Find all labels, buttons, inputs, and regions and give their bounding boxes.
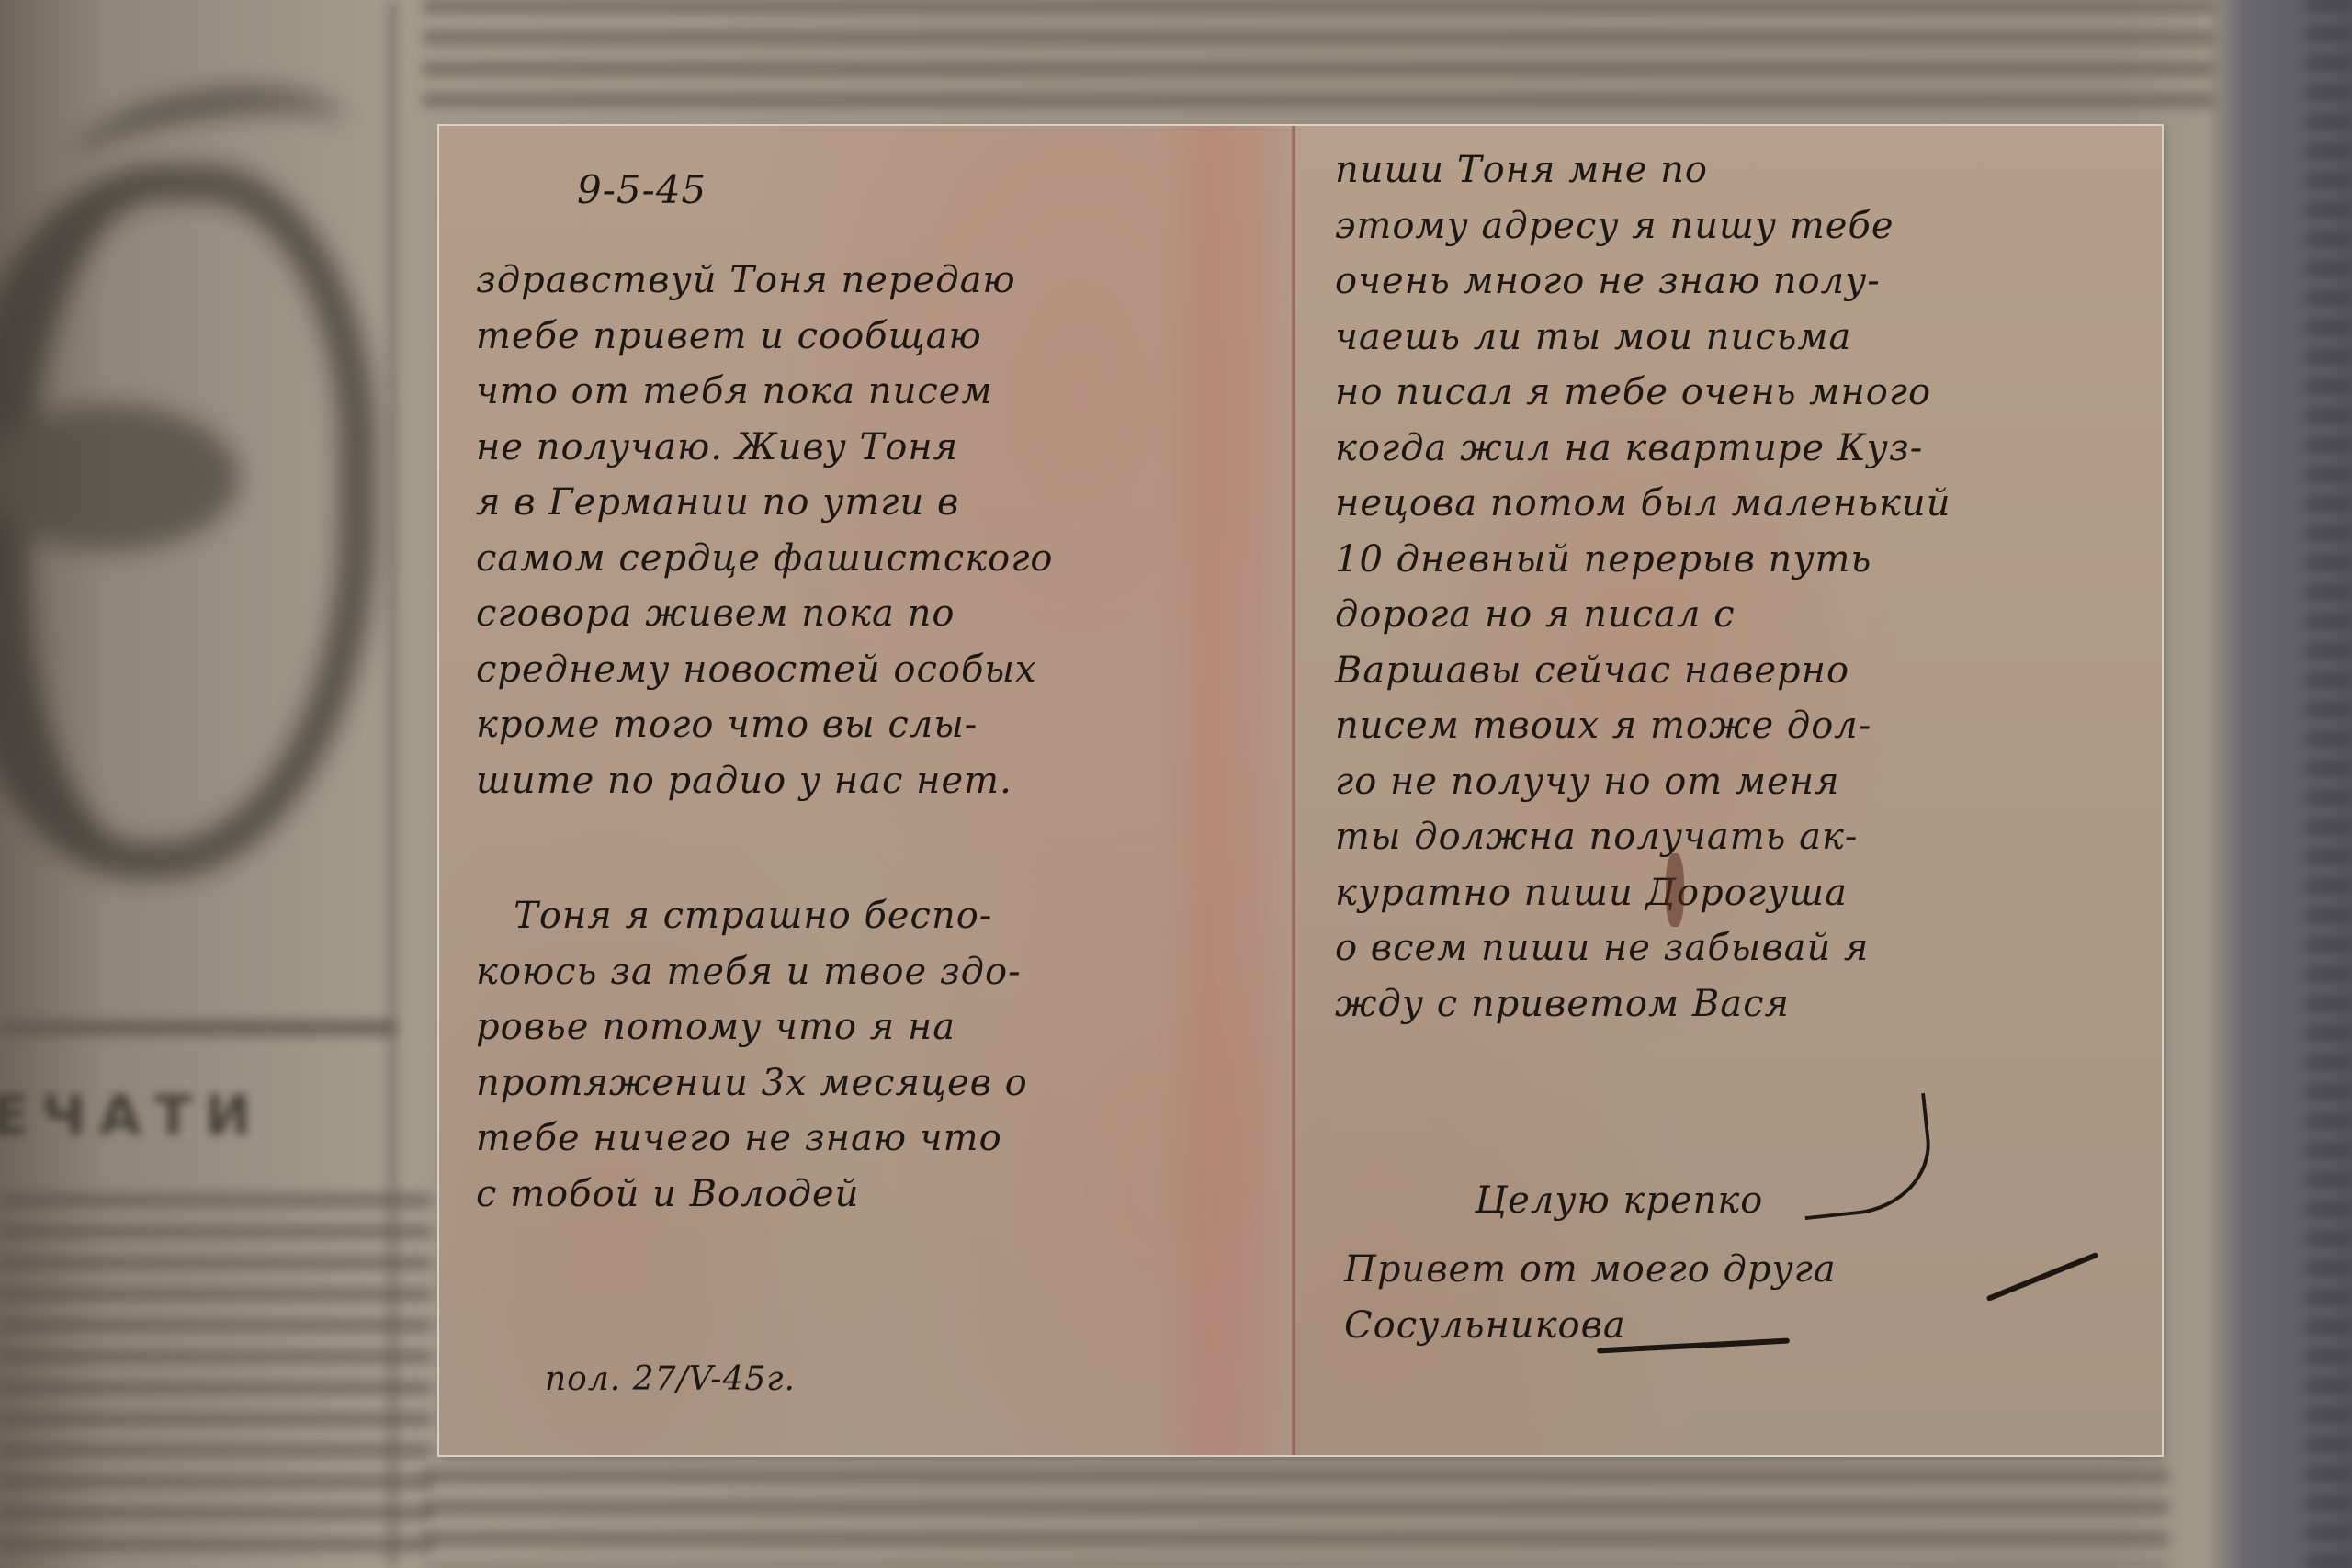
letter-paragraph-1: здравствуй Тоня передаютебе привет и соо…: [476, 253, 1054, 808]
handwritten-line: ровье потому что я на: [476, 999, 1028, 1055]
letter-body-right: пиши Тоня мне поэтому адресу я пишу тебе…: [1335, 142, 1951, 1032]
letter-paragraph-2: Тоня я страшно беспо-коюсь за тебя и тво…: [476, 888, 1028, 1222]
newspaper-rule: [0, 1020, 395, 1036]
handwritten-line: шите по радио у нас нет.: [476, 753, 1054, 809]
handwritten-line: протяжении 3х месяцев о: [476, 1055, 1028, 1111]
handwritten-line: куратно пиши Дорогуша: [1335, 865, 1951, 921]
handwritten-line: ты должна получать ак-: [1335, 809, 1951, 865]
handwritten-line: тебе ничего не знаю что: [476, 1111, 1028, 1167]
newspaper-heading: ЕЧАТИ: [0, 1084, 264, 1148]
blurred-illustration: [0, 55, 404, 900]
received-note: пол. 27/V-45г.: [545, 1352, 796, 1407]
handwritten-line: жду с приветом Вася: [1335, 976, 1951, 1032]
handwritten-line: Варшавы сейчас наверно: [1335, 643, 1951, 699]
handwritten-line: тебе привет и сообщаю: [476, 309, 1054, 365]
blurred-newspaper-text-left: [0, 1194, 432, 1568]
blurred-newspaper-text-top: [423, 0, 2214, 119]
letter-page-left: 9-5-45 здравствуй Тоня передаютебе приве…: [439, 126, 1294, 1455]
handwritten-line: кроме того что вы слы-: [476, 697, 1054, 753]
handwritten-line: Привет от моего друга: [1344, 1242, 1837, 1298]
handwritten-line: среднему новостей особых: [476, 642, 1054, 698]
handwritten-line: я в Германии по утги в: [476, 475, 1054, 531]
closing-text: Целую крепко: [1475, 1179, 1763, 1222]
handwritten-line: писем твоих я тоже дол-: [1335, 698, 1951, 754]
handwritten-line: пиши Тоня мне по: [1335, 142, 1951, 198]
handwritten-line: 10 дневный перерыв путь: [1335, 532, 1951, 588]
letter-page-right: пиши Тоня мне поэтому адресу я пишу тебе…: [1294, 126, 2162, 1455]
dark-edge: [2242, 0, 2352, 1568]
handwritten-line: очень много не знаю полу-: [1335, 254, 1951, 310]
ink-stain: [1666, 853, 1684, 927]
handwritten-line: с тобой и Володей: [476, 1167, 1028, 1223]
blurred-newspaper-text-bottom: [423, 1470, 2168, 1568]
handwritten-line: дорога но я писал с: [1335, 587, 1951, 643]
postscript-flourish: [1986, 1252, 2099, 1302]
postscript: Привет от моего другаСосульникова: [1344, 1242, 1837, 1353]
handwritten-line: Тоня я страшно беспо-: [476, 888, 1028, 944]
handwritten-line: коюсь за тебя и твое здо-: [476, 944, 1028, 1000]
handwritten-line: го не получу но от меня: [1335, 754, 1951, 810]
newspaper-column-rule: [386, 0, 399, 1568]
handwritten-line: здравствуй Тоня передаю: [476, 253, 1054, 309]
paper-fold: [1292, 126, 1295, 1455]
handwritten-line: сговора живем пока по: [476, 586, 1054, 642]
handwritten-line: что от тебя пока писем: [476, 364, 1054, 420]
handwritten-line: не получаю. Живу Тоня: [476, 420, 1054, 476]
signature-flourish: [1793, 1093, 1937, 1220]
handwritten-line: этому адресу я пишу тебе: [1335, 198, 1951, 254]
handwritten-letter: 9-5-45 здравствуй Тоня передаютебе приве…: [439, 126, 2162, 1455]
handwritten-line: чаешь ли ты мои письма: [1335, 310, 1951, 366]
handwritten-line: когда жил на квартире Куз-: [1335, 421, 1951, 477]
handwritten-line: о всем пиши не забывай я: [1335, 920, 1951, 976]
handwritten-line: самом сердце фашистского: [476, 531, 1054, 587]
letter-date: 9-5-45: [577, 163, 707, 218]
handwritten-line: но писал я тебе очень много: [1335, 365, 1951, 421]
handwritten-line: нецова потом был маленький: [1335, 476, 1951, 532]
